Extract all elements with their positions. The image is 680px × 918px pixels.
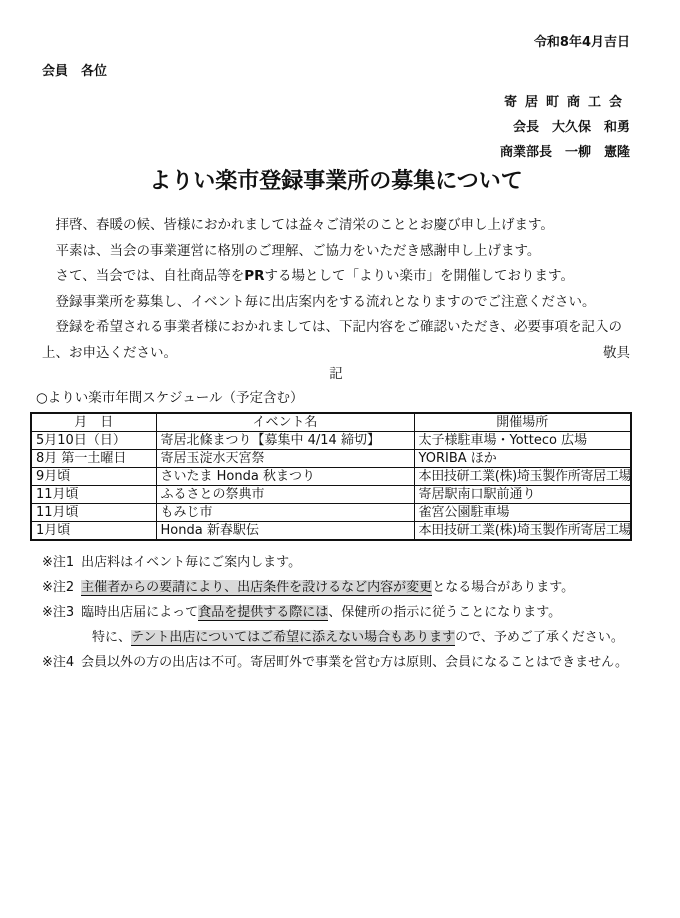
sender-dept-head: 商業部長 一柳 憲隆: [42, 140, 630, 165]
schedule-event-cell: ふるさとの祭典市: [156, 486, 414, 504]
note-line: ※注2主催者からの要請により、出店条件を設けるなど内容が変更となる場合があります…: [42, 575, 630, 600]
note-label: ※注3: [42, 600, 74, 625]
highlighted-text: 主催者からの要請により、出店条件を設けるなど内容が変更: [81, 580, 432, 596]
schedule-row: 11月頃ふるさとの祭典市寄居駅南口駅前通り: [31, 486, 631, 504]
sender-organization: 寄居町商工会: [42, 90, 630, 115]
text-segment: 登録事業所を募集し、イベント毎に出店案内をする流れとなりますのでご注意ください。: [56, 294, 596, 310]
schedule-venue-cell: 雀宮公園駐車場: [414, 504, 631, 522]
document-date: 令和8年4月吉日: [42, 36, 630, 50]
sender-chairman: 会長 大久保 和勇: [42, 115, 630, 140]
schedule-column-header: 月 日: [31, 413, 156, 432]
schedule-venue-cell: 寄居駅南口駅前通り: [414, 486, 631, 504]
note-label: ※注2: [42, 575, 74, 600]
text-segment: 拝啓、春暖の候、皆様におかれましては益々ご清栄のこととお慶び申し上げます。: [56, 217, 554, 233]
note-label: ※注4: [42, 650, 74, 675]
text-segment: ので、予めご了承ください。: [455, 630, 624, 645]
schedule-date-cell: 11月頃: [31, 486, 156, 504]
schedule-venue-cell: 本田技研工業(株)埼玉製作所寄居工場敷地内: [414, 468, 631, 486]
schedule-venue-cell: 本田技研工業(株)埼玉製作所寄居工場敷地内: [414, 522, 631, 541]
note-line: ※注4会員以外の方の出店は不可。寄居町外で事業を営む方は原則、会員になることはで…: [42, 650, 630, 675]
note-line: ※注1出店料はイベント毎にご案内します。: [42, 550, 630, 575]
closing-word: 敬具: [603, 345, 630, 361]
document-title: よりい楽市登録事業所の募集について: [42, 169, 630, 195]
schedule-date-cell: 11月頃: [31, 504, 156, 522]
body-paragraph: 登録事業所を募集し、イベント毎に出店案内をする流れとなりますのでご注意ください。: [42, 290, 630, 316]
text-segment: となる場合があります。: [432, 580, 574, 595]
schedule-date-cell: 1月頃: [31, 522, 156, 541]
schedule-table-header: 月 日イベント名開催場所: [31, 413, 631, 432]
schedule-column-header: 開催場所: [414, 413, 631, 432]
schedule-table: 月 日イベント名開催場所 5月10日（日）寄居北條まつり【募集中 4/14 締切…: [30, 412, 632, 541]
body-paragraph: 平素は、当会の事業運営に格別のご理解、ご協力をいただき感謝申し上げます。: [42, 239, 630, 265]
schedule-table-body: 5月10日（日）寄居北條まつり【募集中 4/14 締切】太子様駐車場・Yotte…: [31, 432, 631, 541]
sender-block: 寄居町商工会 会長 大久保 和勇 商業部長 一柳 憲隆: [42, 90, 630, 165]
text-segment: 特に、: [92, 630, 131, 645]
schedule-header-row: 月 日イベント名開催場所: [31, 413, 631, 432]
note-line: 特に、テント出店についてはご希望に添えない場合もありますので、予めご了承ください…: [42, 625, 630, 650]
highlighted-text: 食品を提供する際には: [198, 605, 328, 621]
schedule-row: 9月頃さいたま Honda 秋まつり本田技研工業(株)埼玉製作所寄居工場敷地内: [31, 468, 631, 486]
document-page: 令和8年4月吉日 会員 各位 寄居町商工会 会長 大久保 和勇 商業部長 一柳 …: [0, 0, 680, 918]
note-line: ※注3臨時出店届によって食品を提供する際には、保健所の指示に従うことになります。: [42, 600, 630, 625]
text-segment: 臨時出店届によって: [81, 605, 198, 620]
schedule-venue-cell: 太子様駐車場・Yotteco 広場: [414, 432, 631, 450]
schedule-event-cell: 寄居玉淀水天宮祭: [156, 450, 414, 468]
text-segment: 平素は、当会の事業運営に格別のご理解、ご協力をいただき感謝申し上げます。: [56, 243, 541, 259]
text-segment: さて、当会では、自社商品等を: [56, 268, 245, 284]
schedule-venue-cell: YORIBA ほか: [414, 450, 631, 468]
schedule-row: 11月頃もみじ市雀宮公園駐車場: [31, 504, 631, 522]
schedule-date-cell: 8月 第一土曜日: [31, 450, 156, 468]
bold-text: PR: [244, 268, 264, 284]
notes-section: ※注1出店料はイベント毎にご案内します。※注2主催者からの要請により、出店条件を…: [42, 550, 630, 675]
schedule-row: 1月頃Honda 新春駅伝本田技研工業(株)埼玉製作所寄居工場敷地内: [31, 522, 631, 541]
schedule-row: 5月10日（日）寄居北條まつり【募集中 4/14 締切】太子様駐車場・Yotte…: [31, 432, 631, 450]
schedule-event-cell: 寄居北條まつり【募集中 4/14 締切】: [156, 432, 414, 450]
body-paragraph: 拝啓、春暖の候、皆様におかれましては益々ご清栄のこととお慶び申し上げます。: [42, 213, 630, 239]
schedule-event-cell: もみじ市: [156, 504, 414, 522]
schedule-date-cell: 5月10日（日）: [31, 432, 156, 450]
highlighted-text: テント出店についてはご希望に添えない場合もあります: [131, 630, 455, 646]
schedule-heading: ○よりい楽市年間スケジュール（予定含む）: [36, 387, 630, 409]
text-segment: 会員以外の方の出店は不可。寄居町外で事業を営む方は原則、会員になることはできませ…: [81, 655, 628, 670]
schedule-column-header: イベント名: [156, 413, 414, 432]
schedule-date-cell: 9月頃: [31, 468, 156, 486]
text-segment: する場として「よりい楽市」を開催しております。: [265, 268, 574, 284]
recipient-line: 会員 各位: [42, 64, 630, 79]
body-paragraph: さて、当会では、自社商品等をPRする場として「よりい楽市」を開催しております。: [42, 264, 630, 290]
schedule-event-cell: さいたま Honda 秋まつり: [156, 468, 414, 486]
text-segment: 出店料はイベント毎にご案内します。: [81, 555, 301, 570]
schedule-event-cell: Honda 新春駅伝: [156, 522, 414, 541]
note-label: ※注1: [42, 550, 74, 575]
schedule-row: 8月 第一土曜日寄居玉淀水天宮祭YORIBA ほか: [31, 450, 631, 468]
text-segment: 、保健所の指示に従うことになります。: [328, 605, 561, 620]
